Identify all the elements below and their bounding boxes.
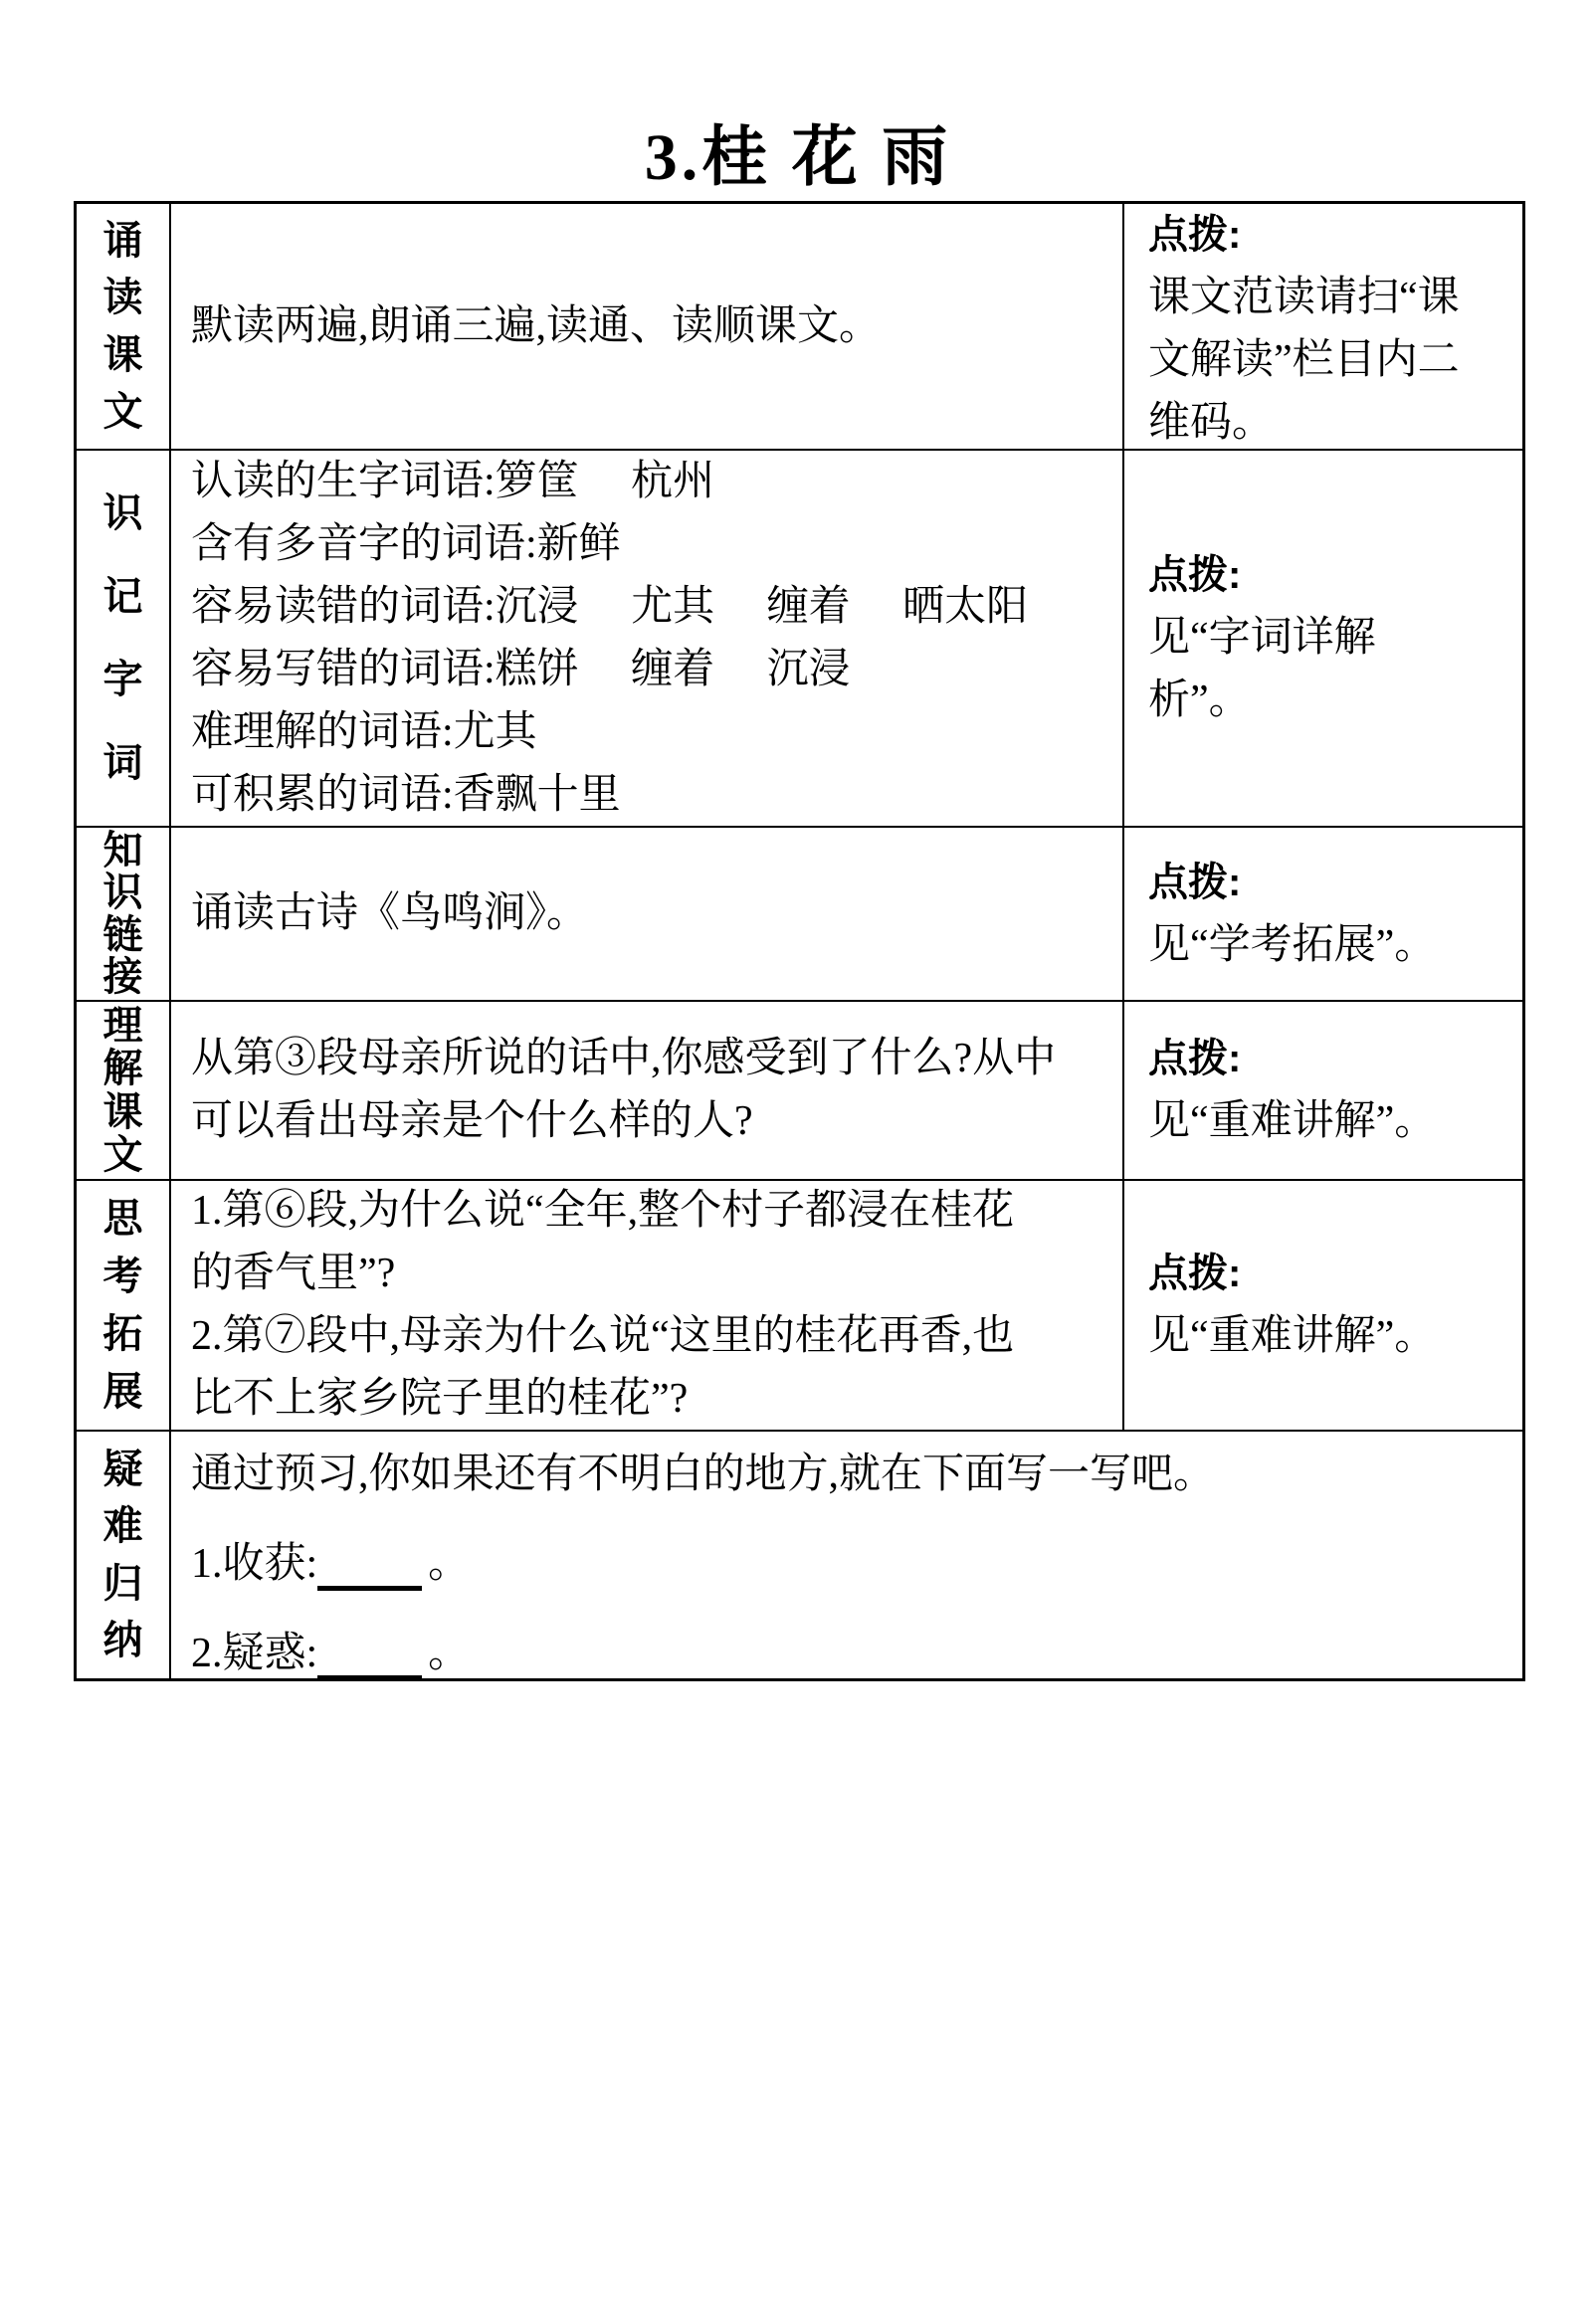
fill-item-doubts: 2.疑惑:。 xyxy=(191,1623,1514,1678)
row-header-label: 理解课文 xyxy=(77,1002,169,1179)
row-header-label: 思考拓展 xyxy=(77,1181,169,1430)
row-content-questions: 通过预习,你如果还有不明白的地方,就在下面写一写吧。 1.收获:。 2.疑惑:。 xyxy=(171,1432,1522,1678)
pointer-line: 析”。 xyxy=(1148,670,1518,732)
row-content-reading: 默读两遍,朗诵三遍,读通、读顺课文。 xyxy=(171,204,1124,451)
pointer-label: 点拨: xyxy=(1148,204,1518,267)
content-line: 容易读错的词语:沉浸 尤其 缠着 晒太阳 xyxy=(191,576,1114,639)
row-header-knowledge: 知识链接 xyxy=(77,828,171,1002)
fill-item-gains: 1.收获:。 xyxy=(191,1533,1514,1596)
pointer-line: 见“学考拓展”。 xyxy=(1148,914,1518,977)
pointer-label: 点拨: xyxy=(1148,544,1518,607)
fill-item-suffix: 。 xyxy=(428,1541,470,1587)
content-line: 默读两遍,朗诵三遍,读通、读顺课文。 xyxy=(191,295,1114,358)
content-line: 比不上家乡院子里的桂花”? xyxy=(191,1368,1114,1431)
row-header-reading: 诵读课文 xyxy=(77,204,171,451)
content-line: 认读的生字词语:箩筐 杭州 xyxy=(191,451,1114,513)
page-title: 3.桂 花 雨 xyxy=(0,125,1596,191)
row-pointer-words: 点拨: 见“字词详解 析”。 xyxy=(1124,451,1522,828)
row-pointer-reading: 点拨: 课文范读请扫“课 文解读”栏目内二 维码。 xyxy=(1124,204,1522,451)
pointer-line: 见“重难讲解”。 xyxy=(1148,1305,1518,1368)
row-content-words: 认读的生字词语:箩筐 杭州 含有多音字的词语:新鲜 容易读错的词语:沉浸 尤其 … xyxy=(171,451,1124,828)
blank-underline xyxy=(317,1650,422,1678)
content-line: 2.第⑦段中,母亲为什么说“这里的桂花再香,也 xyxy=(191,1305,1114,1368)
content-line: 可积累的词语:香飘十里 xyxy=(191,764,1114,827)
content-line: 难理解的词语:尤其 xyxy=(191,701,1114,764)
content-line: 的香气里”? xyxy=(191,1243,1114,1305)
fill-item-suffix: 。 xyxy=(428,1631,470,1676)
intro-line: 通过预习,你如果还有不明白的地方,就在下面写一写吧。 xyxy=(191,1444,1514,1506)
pointer-line: 见“重难讲解”。 xyxy=(1148,1090,1518,1153)
worksheet-page: 3.桂 花 雨 诵读课文 默读两遍,朗诵三遍,读通、读顺课文。 点拨: 课文范读… xyxy=(0,0,1596,2324)
pointer-label: 点拨: xyxy=(1148,852,1518,914)
row-header-comprehension: 理解课文 xyxy=(77,1002,171,1181)
row-content-knowledge: 诵读古诗《鸟鸣涧》。 xyxy=(171,828,1124,1002)
row-pointer-thinking: 点拨: 见“重难讲解”。 xyxy=(1124,1181,1522,1432)
row-pointer-comprehension: 点拨: 见“重难讲解”。 xyxy=(1124,1002,1522,1181)
content-line: 从第③段母亲所说的话中,你感受到了什么?从中 xyxy=(191,1028,1114,1090)
pointer-line: 课文范读请扫“课 xyxy=(1148,267,1518,329)
content-line: 容易写错的词语:糕饼 缠着 沉浸 xyxy=(191,639,1114,701)
row-header-words: 识记字词 xyxy=(77,451,171,828)
row-header-label: 诵读课文 xyxy=(77,204,169,449)
row-header-questions: 疑难归纳 xyxy=(77,1432,171,1678)
row-pointer-knowledge: 点拨: 见“学考拓展”。 xyxy=(1124,828,1522,1002)
pointer-line: 见“字词详解 xyxy=(1148,607,1518,670)
content-line: 可以看出母亲是个什么样的人? xyxy=(191,1090,1114,1153)
row-header-thinking: 思考拓展 xyxy=(77,1181,171,1432)
content-line: 诵读古诗《鸟鸣涧》。 xyxy=(191,882,1114,945)
fill-item-prefix: 2.疑惑: xyxy=(191,1631,317,1676)
blank-underline xyxy=(317,1561,422,1591)
pointer-label: 点拨: xyxy=(1148,1243,1518,1305)
row-header-label: 知识链接 xyxy=(77,828,169,1000)
content-line: 1.第⑥段,为什么说“全年,整个村子都浸在桂花 xyxy=(191,1181,1114,1243)
study-table: 诵读课文 默读两遍,朗诵三遍,读通、读顺课文。 点拨: 课文范读请扫“课 文解读… xyxy=(74,201,1525,1681)
content-line: 含有多音字的词语:新鲜 xyxy=(191,513,1114,576)
fill-item-prefix: 1.收获: xyxy=(191,1541,317,1587)
pointer-label: 点拨: xyxy=(1148,1028,1518,1090)
row-header-label: 识记字词 xyxy=(77,451,169,826)
row-content-thinking: 1.第⑥段,为什么说“全年,整个村子都浸在桂花 的香气里”? 2.第⑦段中,母亲… xyxy=(171,1181,1124,1432)
row-content-comprehension: 从第③段母亲所说的话中,你感受到了什么?从中 可以看出母亲是个什么样的人? xyxy=(171,1002,1124,1181)
pointer-line: 文解读”栏目内二 xyxy=(1148,329,1518,392)
row-header-label: 疑难归纳 xyxy=(77,1432,169,1678)
pointer-line: 维码。 xyxy=(1148,392,1518,451)
